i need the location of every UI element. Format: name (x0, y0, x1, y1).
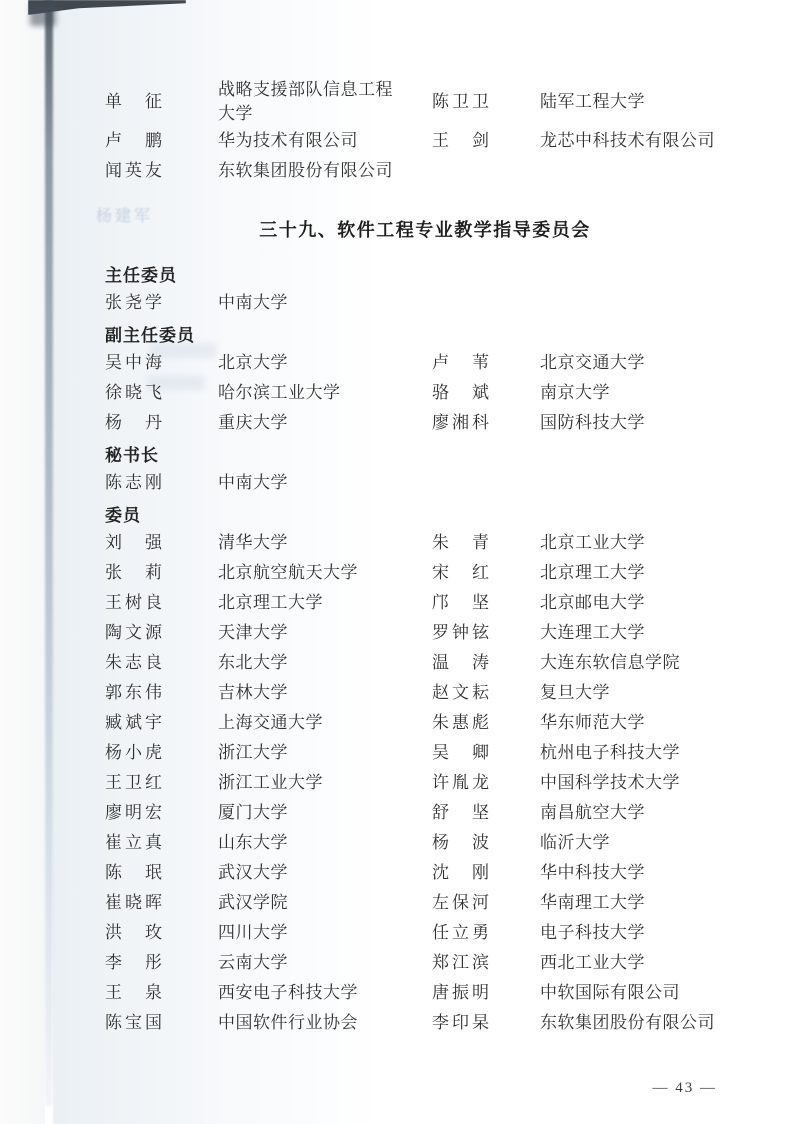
member-affiliation: 上海交通大学 (218, 711, 432, 735)
member-row: 崔立真山东大学杨 波临沂大学 (105, 828, 745, 858)
member-row: 王 泉西安电子科技大学唐振明中软国际有限公司 (105, 978, 745, 1008)
member-affiliation: 浙江大学 (218, 741, 432, 765)
member-affiliation: 中国软件行业协会 (218, 1011, 432, 1035)
member-name: 郭东伟 (105, 681, 218, 705)
member-affiliation: 云南大学 (218, 951, 432, 975)
member-affiliation: 战略支援部队信息工程大学 (218, 78, 432, 126)
member-name: 卢 鹏 (105, 129, 218, 153)
member-name: 闻英友 (105, 159, 218, 183)
section-label: 委员 (105, 498, 745, 528)
member-name: 臧斌宇 (105, 711, 218, 735)
member-affiliation: 重庆大学 (218, 411, 432, 435)
member-row: 朱志良东北大学温 涛大连东软信息学院 (105, 648, 745, 678)
member-name: 王 泉 (105, 981, 218, 1005)
member-name: 吴中海 (105, 351, 218, 375)
member-name: 吴 卿 (432, 741, 540, 765)
member-name: 邝 坚 (432, 591, 540, 615)
member-row: 陈志刚中南大学 (105, 468, 745, 498)
member-row: 陈宝国中国软件行业协会李印杲东软集团股份有限公司 (105, 1008, 745, 1038)
member-name: 陶文源 (105, 621, 218, 645)
member-affiliation: 浙江工业大学 (218, 771, 432, 795)
member-affiliation: 北京工业大学 (540, 531, 745, 555)
page-number: — 43 — (105, 1080, 745, 1097)
member-row: 徐晓飞哈尔滨工业大学骆 斌南京大学 (105, 378, 745, 408)
member-name: 任立勇 (432, 921, 540, 945)
member-affiliation: 大连理工大学 (540, 621, 745, 645)
member-row: 张 莉北京航空航天大学宋 红北京理工大学 (105, 558, 745, 588)
member-name: 赵文耘 (432, 681, 540, 705)
member-name: 许胤龙 (432, 771, 540, 795)
member-affiliation: 华中科技大学 (540, 861, 745, 885)
member-affiliation: 中南大学 (218, 291, 432, 315)
member-affiliation: 南昌航空大学 (540, 801, 745, 825)
member-affiliation: 杭州电子科技大学 (540, 741, 745, 765)
member-affiliation: 华为技术有限公司 (218, 129, 432, 153)
member-name: 王卫红 (105, 771, 218, 795)
member-affiliation: 国防科技大学 (540, 411, 745, 435)
member-row: 吴中海北京大学卢 苇北京交通大学 (105, 348, 745, 378)
member-row: 张尧学中南大学 (105, 288, 745, 318)
member-row: 闻英友东软集团股份有限公司 (105, 156, 745, 186)
member-name: 张 莉 (105, 561, 218, 585)
member-name: 陈 珉 (105, 861, 218, 885)
member-row: 陶文源天津大学罗钟铉大连理工大学 (105, 618, 745, 648)
member-name: 王树良 (105, 591, 218, 615)
member-affiliation: 龙芯中科技术有限公司 (540, 129, 745, 153)
member-row: 崔晓晖武汉学院左保河华南理工大学 (105, 888, 745, 918)
member-affiliation: 复旦大学 (540, 681, 745, 705)
member-row: 杨 丹重庆大学廖湘科国防科技大学 (105, 408, 745, 438)
member-affiliation: 大连东软信息学院 (540, 651, 745, 675)
member-name: 徐晓飞 (105, 381, 218, 405)
committee-sections: 主任委员张尧学中南大学副主任委员吴中海北京大学卢 苇北京交通大学徐晓飞哈尔滨工业… (105, 258, 745, 1038)
member-row: 卢 鹏华为技术有限公司王 剑龙芯中科技术有限公司 (105, 126, 745, 156)
member-affiliation: 武汉学院 (218, 891, 432, 915)
member-name: 左保河 (432, 891, 540, 915)
member-name: 李印杲 (432, 1011, 540, 1035)
member-name: 唐振明 (432, 981, 540, 1005)
member-row: 臧斌宇上海交通大学朱惠彪华东师范大学 (105, 708, 745, 738)
member-name: 宋 红 (432, 561, 540, 585)
member-name: 温 涛 (432, 651, 540, 675)
member-row: 单 征战略支援部队信息工程大学陈卫卫陆军工程大学 (105, 78, 745, 126)
member-affiliation: 南京大学 (540, 381, 745, 405)
member-affiliation: 哈尔滨工业大学 (218, 381, 432, 405)
member-name: 陈宝国 (105, 1011, 218, 1035)
member-affiliation: 华南理工大学 (540, 891, 745, 915)
member-row: 陈 珉武汉大学沈 刚华中科技大学 (105, 858, 745, 888)
member-name: 杨 波 (432, 831, 540, 855)
member-row: 洪 玫四川大学任立勇电子科技大学 (105, 918, 745, 948)
member-name: 朱惠彪 (432, 711, 540, 735)
member-name: 卢 苇 (432, 351, 540, 375)
member-name: 朱志良 (105, 651, 218, 675)
member-row: 王卫红浙江工业大学许胤龙中国科学技术大学 (105, 768, 745, 798)
member-affiliation: 临沂大学 (540, 831, 745, 855)
member-name: 罗钟铉 (432, 621, 540, 645)
member-affiliation: 陆军工程大学 (540, 90, 745, 114)
section-label: 主任委员 (105, 258, 745, 288)
member-affiliation: 中软国际有限公司 (540, 981, 745, 1005)
member-row: 杨小虎浙江大学吴 卿杭州电子科技大学 (105, 738, 745, 768)
section-label: 副主任委员 (105, 318, 745, 348)
member-name: 舒 坚 (432, 801, 540, 825)
member-name: 郑江滨 (432, 951, 540, 975)
member-name: 刘 强 (105, 531, 218, 555)
member-row: 郭东伟吉林大学赵文耘复旦大学 (105, 678, 745, 708)
committee-title: 三十九、软件工程专业教学指导委员会 (105, 216, 745, 242)
member-name: 廖湘科 (432, 411, 540, 435)
member-name: 陈志刚 (105, 471, 218, 495)
member-affiliation: 武汉大学 (218, 861, 432, 885)
member-name: 崔晓晖 (105, 891, 218, 915)
member-name: 杨 丹 (105, 411, 218, 435)
member-name: 张尧学 (105, 291, 218, 315)
member-name: 单 征 (105, 90, 218, 114)
member-name: 沈 刚 (432, 861, 540, 885)
member-affiliation: 东软集团股份有限公司 (540, 1011, 745, 1035)
member-name: 王 剑 (432, 129, 540, 153)
member-affiliation: 厦门大学 (218, 801, 432, 825)
member-row: 李 彤云南大学郑江滨西北工业大学 (105, 948, 745, 978)
member-name: 崔立真 (105, 831, 218, 855)
member-affiliation: 西安电子科技大学 (218, 981, 432, 1005)
member-name: 骆 斌 (432, 381, 540, 405)
member-name: 朱 青 (432, 531, 540, 555)
member-name: 廖明宏 (105, 801, 218, 825)
member-affiliation: 天津大学 (218, 621, 432, 645)
member-affiliation: 四川大学 (218, 921, 432, 945)
member-affiliation: 北京理工大学 (218, 591, 432, 615)
member-affiliation: 华东师范大学 (540, 711, 745, 735)
member-affiliation: 东软集团股份有限公司 (218, 159, 432, 183)
member-name: 杨小虎 (105, 741, 218, 765)
member-affiliation: 电子科技大学 (540, 921, 745, 945)
member-affiliation: 吉林大学 (218, 681, 432, 705)
member-affiliation: 北京邮电大学 (540, 591, 745, 615)
member-affiliation: 东北大学 (218, 651, 432, 675)
member-row: 王树良北京理工大学邝 坚北京邮电大学 (105, 588, 745, 618)
member-affiliation: 北京大学 (218, 351, 432, 375)
member-affiliation: 中国科学技术大学 (540, 771, 745, 795)
previous-committee-rows: 单 征战略支援部队信息工程大学陈卫卫陆军工程大学卢 鹏华为技术有限公司王 剑龙芯… (105, 78, 745, 186)
scanned-document-page: 杨建军 单 征战略支援部队信息工程大学陈卫卫陆军工程大学卢 鹏华为技术有限公司王… (0, 0, 795, 1124)
member-name: 洪 玫 (105, 921, 218, 945)
member-affiliation: 山东大学 (218, 831, 432, 855)
member-affiliation: 北京航空航天大学 (218, 561, 432, 585)
member-name: 陈卫卫 (432, 90, 540, 114)
member-affiliation: 西北工业大学 (540, 951, 745, 975)
member-row: 刘 强清华大学朱 青北京工业大学 (105, 528, 745, 558)
section-label: 秘书长 (105, 438, 745, 468)
member-affiliation: 北京理工大学 (540, 561, 745, 585)
member-affiliation: 中南大学 (218, 471, 432, 495)
member-row: 廖明宏厦门大学舒 坚南昌航空大学 (105, 798, 745, 828)
member-name: 李 彤 (105, 951, 218, 975)
member-affiliation: 清华大学 (218, 531, 432, 555)
member-affiliation: 北京交通大学 (540, 351, 745, 375)
page-content: 单 征战略支援部队信息工程大学陈卫卫陆军工程大学卢 鹏华为技术有限公司王 剑龙芯… (0, 0, 795, 1097)
